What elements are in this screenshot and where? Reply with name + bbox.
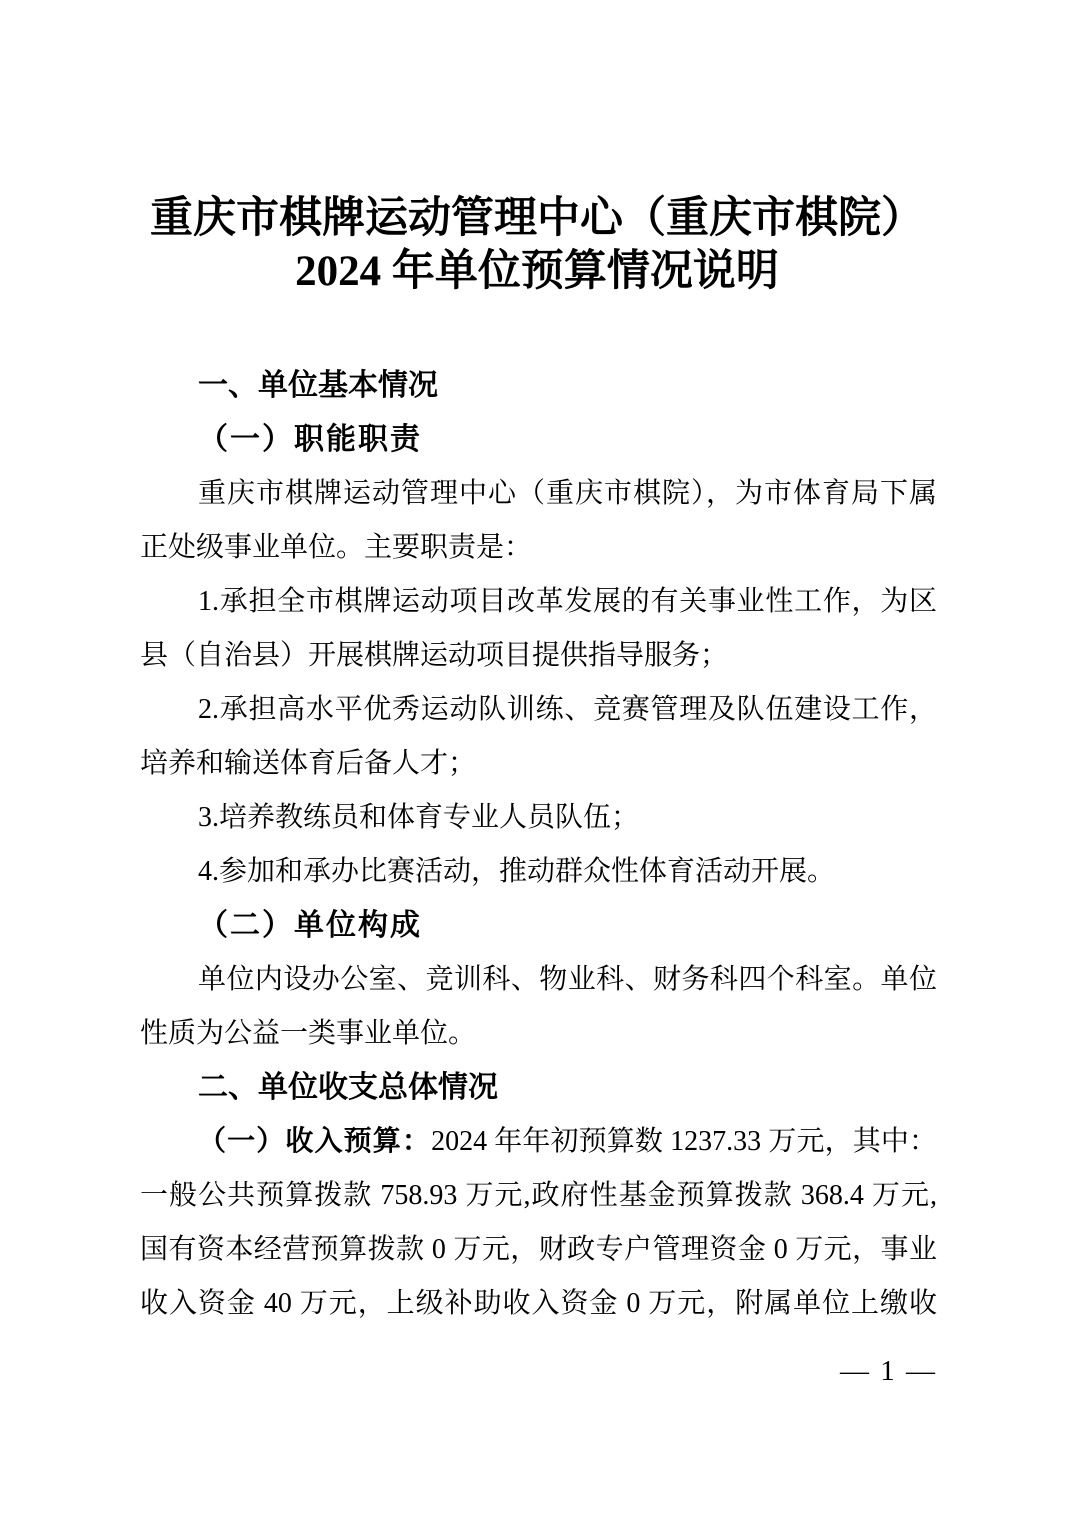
income-budget-lead: （一）收入预算：: [198, 1126, 431, 1157]
income-budget-line-2: 一般公共预算拨款 758.93 万元,政府性基金预算拨款 368.4 万元,: [140, 1169, 937, 1223]
page-number: — 1 —: [840, 1354, 937, 1388]
income-budget-line-4: 收入资金 40 万元，上级补助收入资金 0 万元，附属单位上缴收: [140, 1277, 937, 1331]
document-title: 重庆市棋牌运动管理中心（重庆市棋院） 2024 年单位预算情况说明: [0, 192, 1074, 298]
duty-item-3: 3.培养教练员和体育专业人员队伍；: [140, 791, 937, 845]
document-body: 一、单位基本情况 （一）职能职责 重庆市棋牌运动管理中心（重庆市棋院），为市体育…: [140, 359, 937, 1331]
heading-revenue-expenditure: 二、单位收支总体情况: [140, 1061, 937, 1115]
duty-item-4: 4.参加和承办比赛活动，推动群众性体育活动开展。: [140, 845, 937, 899]
duty-item-2-line-2: 培养和输送体育后备人才；: [140, 737, 937, 791]
income-budget-lead-rest: 2024 年年初预算数 1237.33 万元，其中：: [431, 1126, 937, 1157]
document-page: 重庆市棋牌运动管理中心（重庆市棋院） 2024 年单位预算情况说明 一、单位基本…: [0, 0, 1074, 1520]
title-line-2: 2024 年单位预算情况说明: [0, 245, 1074, 298]
heading-unit-structure: （二）单位构成: [140, 899, 937, 953]
paragraph-intro-line-2: 正处级事业单位。主要职责是：: [140, 521, 937, 575]
duty-item-1-line-2: 县（自治县）开展棋牌运动项目提供指导服务；: [140, 629, 937, 683]
paragraph-intro-line-1: 重庆市棋牌运动管理中心（重庆市棋院），为市体育局下属: [140, 467, 937, 521]
heading-unit-basic-info: 一、单位基本情况: [140, 359, 937, 413]
income-budget-line-1: （一）收入预算：2024 年年初预算数 1237.33 万元，其中：: [140, 1115, 937, 1169]
heading-functions-duties: （一）职能职责: [140, 413, 937, 467]
title-line-1: 重庆市棋牌运动管理中心（重庆市棋院）: [0, 192, 1074, 245]
structure-line-2: 性质为公益一类事业单位。: [140, 1007, 937, 1061]
structure-line-1: 单位内设办公室、竞训科、物业科、财务科四个科室。单位: [140, 953, 937, 1007]
duty-item-2-line-1: 2.承担高水平优秀运动队训练、竞赛管理及队伍建设工作，: [140, 683, 937, 737]
income-budget-line-3: 国有资本经营预算拨款 0 万元，财政专户管理资金 0 万元，事业: [140, 1223, 937, 1277]
duty-item-1-line-1: 1.承担全市棋牌运动项目改革发展的有关事业性工作，为区: [140, 575, 937, 629]
